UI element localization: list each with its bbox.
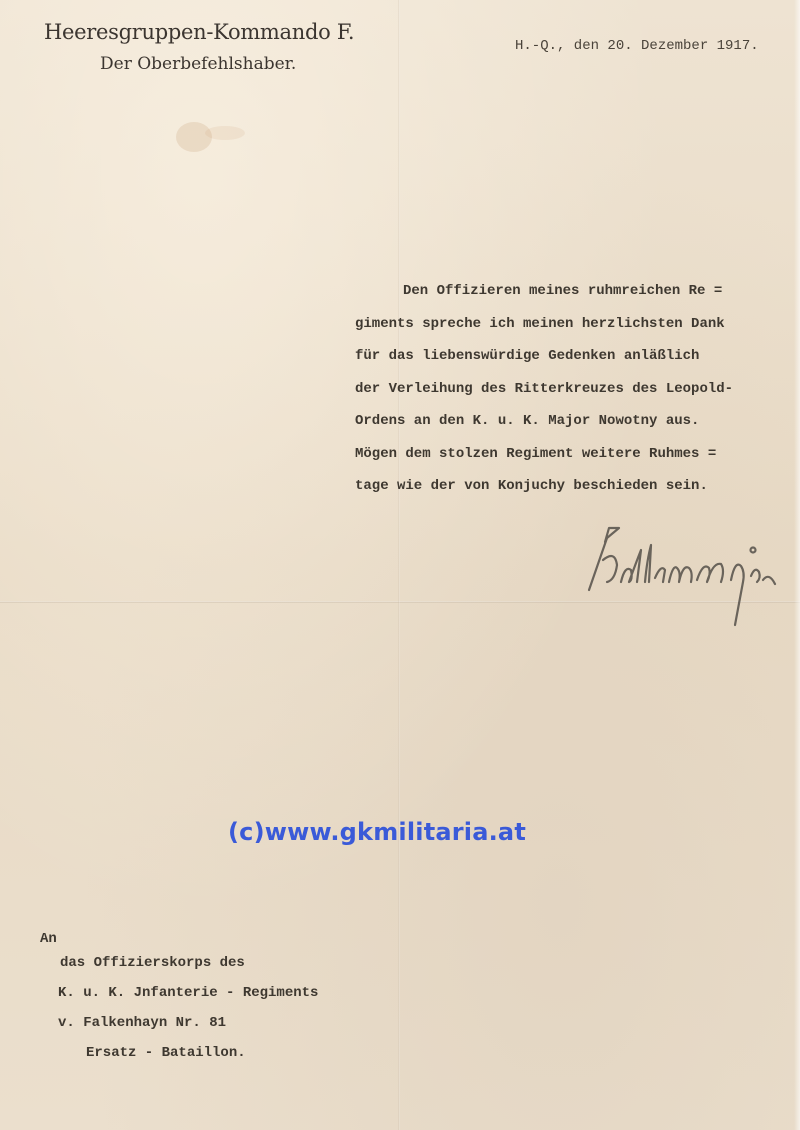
letter-body: Den Offizieren meines ruhmreichen Re = g… (355, 275, 795, 503)
body-line: Ordens an den K. u. K. Major Nowotny aus… (355, 405, 795, 438)
paper-fold-vertical (398, 0, 400, 1130)
body-line: der Verleihung des Ritterkreuzes des Leo… (355, 373, 795, 406)
letterhead: Heeresgruppen-Kommando F. Der Oberbefehl… (44, 20, 374, 74)
address-line: v. Falkenhayn Nr. 81 (40, 1008, 318, 1038)
body-line: Den Offizieren meines ruhmreichen Re = (355, 275, 795, 308)
body-line: für das liebenswürdige Gedenken anläßlic… (355, 340, 795, 373)
body-line: Mögen dem stolzen Regiment weitere Ruhme… (355, 438, 795, 471)
address-line: das Offizierskorps des (40, 948, 318, 978)
address-line: Ersatz - Bataillon. (40, 1038, 318, 1068)
signature-falkenhayn (585, 520, 795, 630)
letterhead-title: Der Oberbefehlshaber. (44, 54, 374, 74)
letterhead-command: Heeresgruppen-Kommando F. (44, 20, 374, 44)
paper-stain (205, 126, 245, 140)
address-salutation: An (40, 930, 318, 948)
watermark-copyright: (c)www.gkmilitaria.at (228, 818, 526, 846)
dateline: H.-Q., den 20. Dezember 1917. (515, 38, 759, 54)
body-line: giments spreche ich meinen herzlichsten … (355, 308, 795, 341)
address-line: K. u. K. Jnfanterie - Regiments (40, 978, 318, 1008)
body-line: tage wie der von Konjuchy beschieden sei… (355, 470, 795, 503)
recipient-address: An das Offizierskorps des K. u. K. Jnfan… (40, 930, 318, 1068)
paper-stain (176, 122, 212, 152)
